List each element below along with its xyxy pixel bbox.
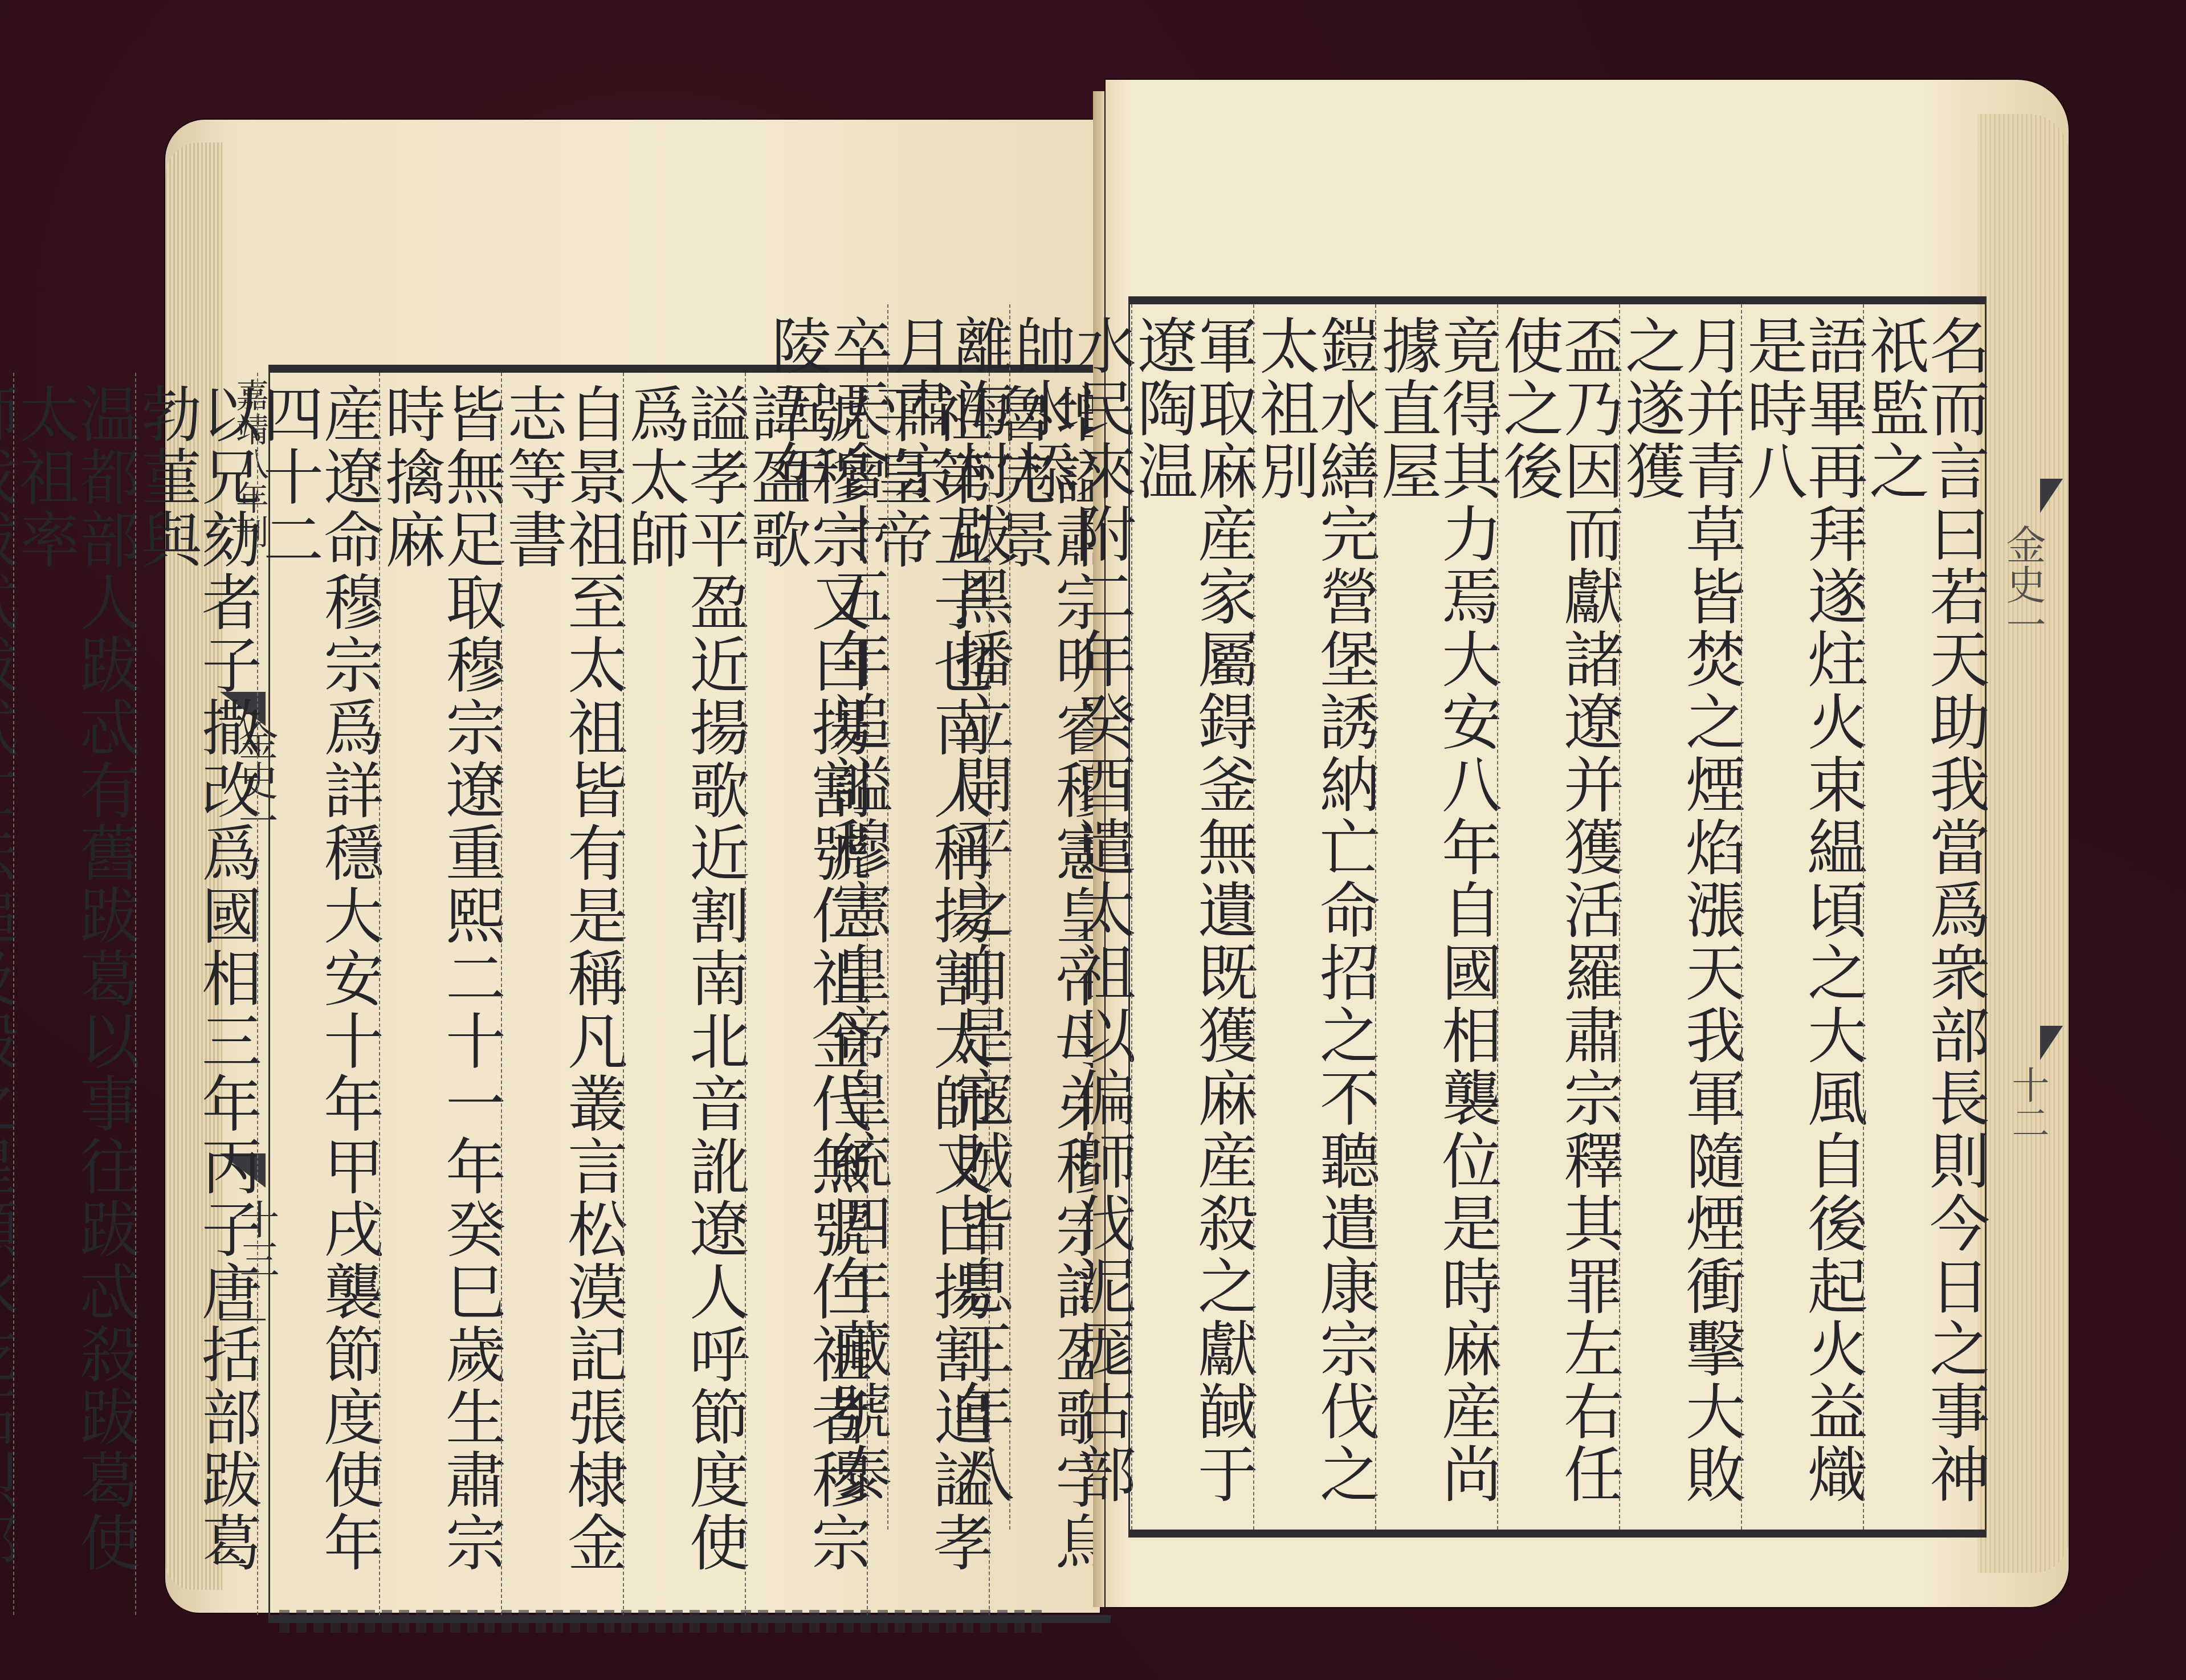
column-text: 産遼命穆宗爲詳穩大安十年甲戌襲節度使年四十二	[258, 383, 379, 1615]
open-book: 嘉靖八年刊 金史一 十三 增謚肅宗明睿穆憲皇帝母弟穆宗諱盈歌字烏魯完景 祖第五子…	[142, 68, 2069, 1641]
column-text: 軍取麻産家屬鍀釜無遺既獲麻産殺之獻馘于遼陶温	[1132, 315, 1253, 1530]
column-text: 皆無足取穆宗遼重熙二十一年癸巳歲生肅宗時擒麻	[380, 383, 501, 1615]
column-text: 卒天會十五年追謚穆憲皇帝皇統四年藏號泰陵五年	[766, 315, 887, 1530]
text-column: 産遼命穆宗爲詳穩大安十年甲戌襲節度使年四十二	[257, 373, 379, 1615]
text-column: 以兄劾者子撒改爲國相三年丙子唐括部跋葛勃菫與	[135, 373, 257, 1615]
column-text: 盃乃因而獻諸遼并獲活羅肅宗釋其罪左右任使之後	[1498, 315, 1619, 1530]
column-text: 竟得其力焉大安八年自國相襲位是時麻産尚據直屋	[1376, 315, 1497, 1530]
column-text: 鎧水繕完營堡誘納亡命招之不聽遣康宗伐之太祖別	[1254, 315, 1375, 1530]
column-text: 名而言曰若天助我當爲衆部長則今日之事神祇監之	[1864, 315, 1985, 1530]
column-text: 月并青草皆焚之煙焰漲天我軍隨煙衝擊大敗之遂獲	[1620, 315, 1741, 1530]
text-column: 月并青草皆焚之煙焰漲天我軍隨煙衝擊大敗之遂獲	[1619, 304, 1741, 1530]
column-text: 以兄劾者子撒改爲國相三年丙子唐括部跋葛勃菫與	[136, 383, 257, 1615]
text-column: 自景祖至太祖皆有是稱凡叢言松漠記張棣金志等書	[501, 373, 623, 1615]
right-text-frame: 名而言曰若天助我當爲衆部長則今日之事神祇監之 語畢再拜遂炷火束緼頃之大風自後起火…	[1128, 296, 1987, 1538]
text-column: 竟得其力焉大安八年自國相襲位是時麻産尚據直屋	[1375, 304, 1497, 1530]
column-text: 離海村跋黑播立開平之自是寇賊皆息三年八月肅宗	[888, 315, 1009, 1530]
column-text: 語畢再拜遂炷火束緼頃之大風自後起火益熾是時八	[1742, 315, 1863, 1530]
column-text: 謚孝平盈近揚歌近割南北音訛遼人呼節度使爲太師	[624, 383, 745, 1615]
text-column: 離海村跋黑播立開平之自是寇賊皆息三年八月肅宗	[887, 304, 1009, 1530]
text-column: 水民來附二年癸酉遣太祖以偏師伐泥厖古部帥水㮇	[1009, 304, 1131, 1530]
text-column: 鎧水繕完營堡誘納亡命招之不聽遣康宗伐之太祖別	[1253, 304, 1375, 1530]
column-text: 水民來附二年癸酉遣太祖以偏師伐泥厖古部帥水㮇	[1010, 315, 1131, 1530]
fore-edge-volume-label: 金史一	[1995, 524, 2052, 644]
text-column: 名而言曰若天助我當爲衆部長則今日之事神祇監之	[1863, 304, 1985, 1530]
text-column: 謚孝平盈近揚歌近割南北音訛遼人呼節度使爲太師	[623, 373, 745, 1615]
right-page-fore-edge	[1977, 114, 2069, 1573]
fore-edge-page-number: 十二	[2000, 1066, 2054, 1141]
text-column: 軍取麻産家屬鍀釜無遺既獲麻産殺之獻馘于遼陶温	[1131, 304, 1253, 1530]
text-column: 皆無足取穆宗遼重熙二十一年癸巳歲生肅宗時擒麻	[379, 373, 501, 1615]
column-text: 温都部人跋忒有舊跋葛以事往跋忒殺跋葛使太祖率	[14, 383, 135, 1615]
column-text: 自景祖至太祖皆有是稱凡叢言松漠記張棣金志等書	[502, 383, 623, 1615]
text-column: 温都部人跋忒有舊跋葛以事往跋忒殺跋葛使太祖率	[13, 373, 135, 1615]
right-page: 名而言曰若天助我當爲衆部長則今日之事神祇監之 語畢再拜遂炷火束緼頃之大風自後起火…	[1106, 80, 2069, 1607]
text-column: 語畢再拜遂炷火束緼頃之大風自後起火益熾是時八	[1741, 304, 1863, 1530]
text-column: 盃乃因而獻諸遼并獲活羅肅宗釋其罪左右任使之後	[1497, 304, 1619, 1530]
ink-bleed-border	[279, 1610, 1049, 1633]
text-column: 卒天會十五年追謚穆憲皇帝皇統四年藏號泰陵五年	[766, 304, 887, 1530]
